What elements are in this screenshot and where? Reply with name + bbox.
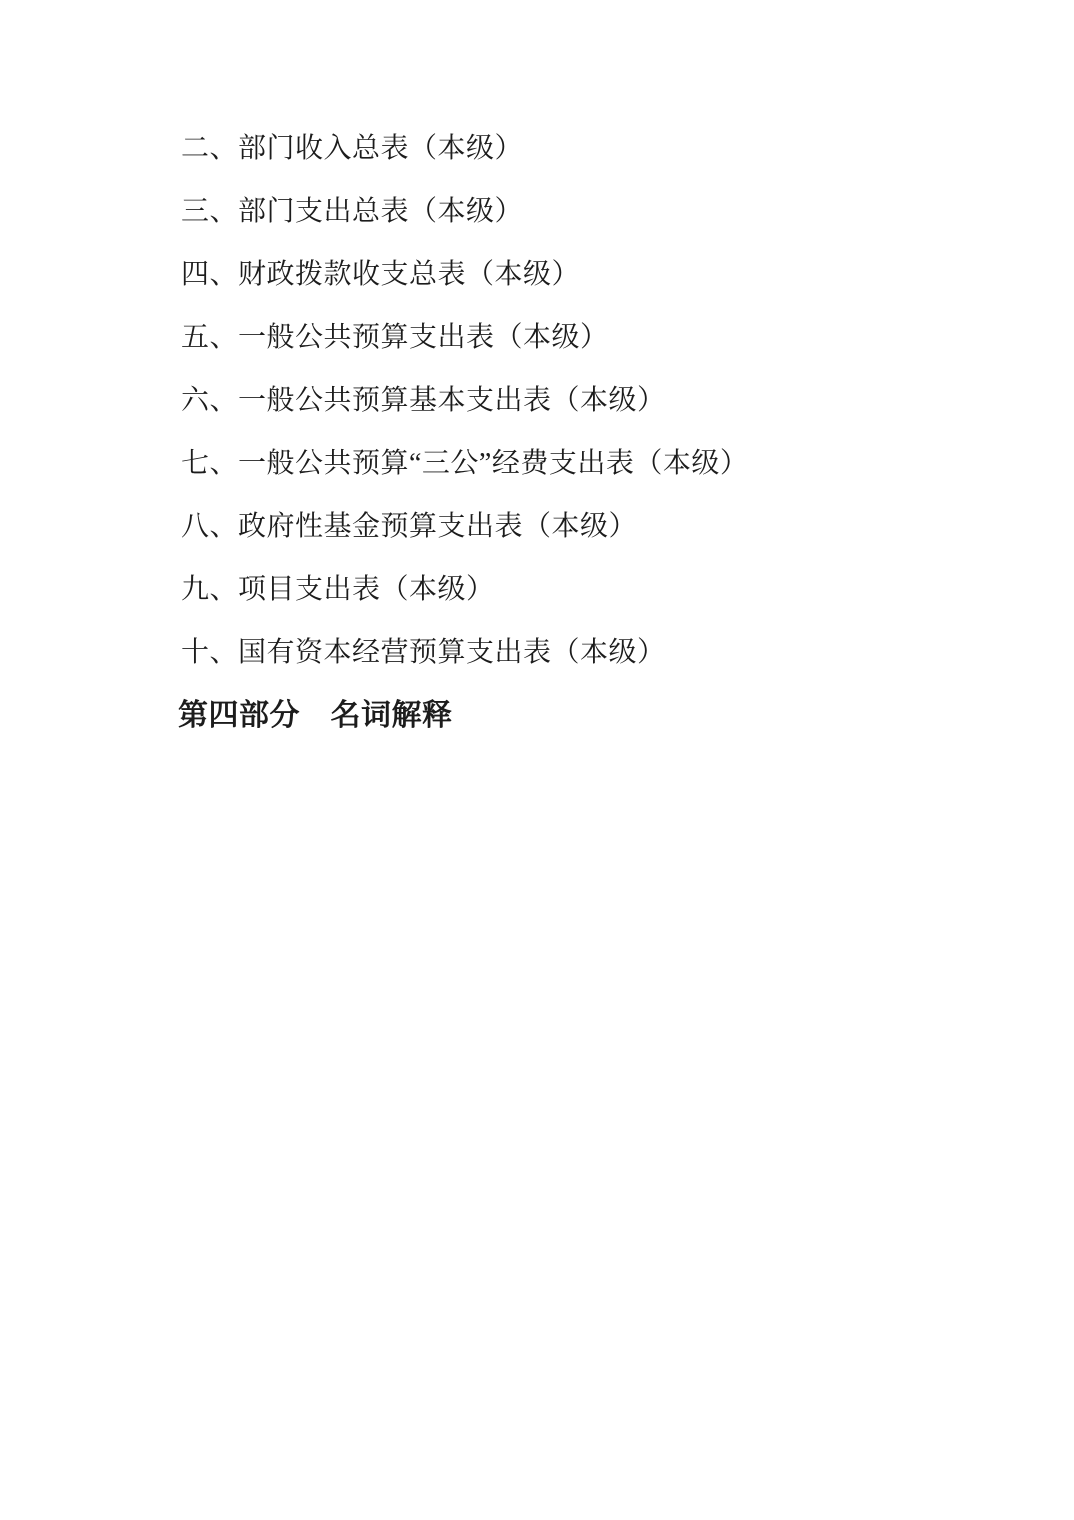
toc-item: 七、一般公共预算“三公”经费支出表（本级） — [178, 432, 994, 495]
toc-item: 三、部门支出总表（本级） — [178, 180, 994, 243]
toc-item: 二、部门收入总表（本级） — [178, 117, 994, 180]
toc-item: 八、政府性基金预算支出表（本级） — [178, 495, 994, 558]
section-heading: 第四部分 名词解释 — [178, 684, 994, 748]
toc-item: 六、一般公共预算基本支出表（本级） — [178, 369, 994, 432]
toc-item: 十、国有资本经营预算支出表（本级） — [178, 621, 994, 684]
toc-item: 九、项目支出表（本级） — [178, 558, 994, 621]
document-page: 二、部门收入总表（本级） 三、部门支出总表（本级） 四、财政拨款收支总表（本级）… — [178, 117, 994, 748]
toc-item: 四、财政拨款收支总表（本级） — [178, 243, 994, 306]
toc-item: 五、一般公共预算支出表（本级） — [178, 306, 994, 369]
